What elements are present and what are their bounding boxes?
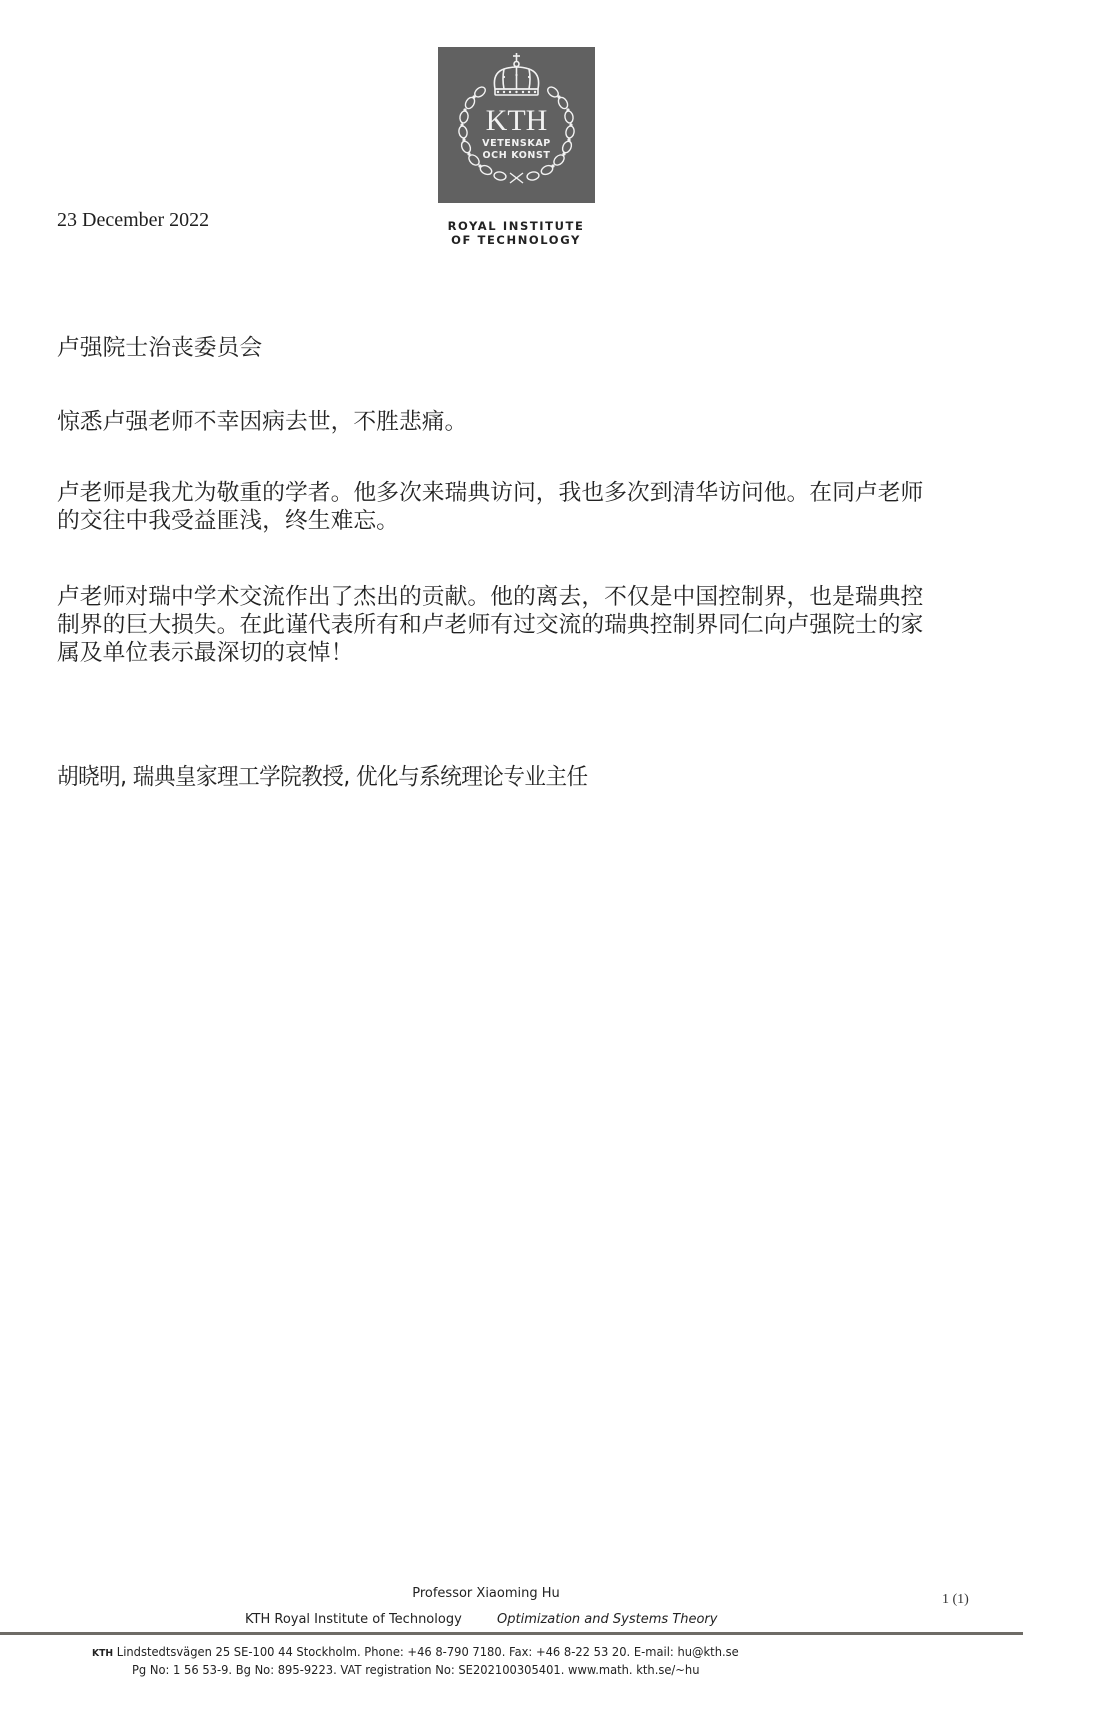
logo-caption-line1: ROYAL INSTITUTE xyxy=(436,219,596,233)
paragraph-line: 卢老师是我尤为敬重的学者。他多次来瑞典访问，我也多次到清华访问他。在同卢老师 xyxy=(57,479,923,507)
footer-address-line2: Pg No: 1 56 53-9. Bg No: 895-9223. VAT r… xyxy=(132,1662,700,1677)
footer-divider xyxy=(0,1632,1023,1635)
footer-address-line1: KTH Lindstedtsvägen 25 SE-100 44 Stockho… xyxy=(92,1644,739,1659)
paragraph-line: 的交往中我受益匪浅，终生难忘。 xyxy=(57,507,923,535)
paragraph-line: 惊悉卢强老师不幸因病去世，不胜悲痛。 xyxy=(57,408,467,436)
footer-name: Professor Xiaoming Hu xyxy=(0,1586,972,1601)
letter-recipient: 卢强院士治丧委员会 xyxy=(57,334,262,362)
footer-department: Optimization and Systems Theory xyxy=(497,1612,717,1627)
kth-logo: KTH VETENSKAP OCH KONST xyxy=(438,47,595,203)
paragraph-1: 惊悉卢强老师不幸因病去世，不胜悲痛。 xyxy=(57,408,467,436)
logo-caption: ROYAL INSTITUTE OF TECHNOLOGY xyxy=(436,219,596,247)
letter-date: 23 December 2022 xyxy=(57,209,209,232)
signature: 胡晓明, 瑞典皇家理工学院教授, 优化与系统理论专业主任 xyxy=(57,758,588,791)
footer-kth-prefix: KTH xyxy=(92,1648,113,1659)
svg-text:KTH: KTH xyxy=(486,104,548,137)
page-number: 1 (1) xyxy=(942,1592,969,1608)
footer-address: Lindstedtsvägen 25 SE-100 44 Stockholm. … xyxy=(117,1644,739,1659)
paragraph-2: 卢老师是我尤为敬重的学者。他多次来瑞典访问，我也多次到清华访问他。在同卢老师 的… xyxy=(57,479,923,535)
footer-organization: KTH Royal Institute of Technology xyxy=(245,1612,462,1627)
paragraph-line: 制界的巨大损失。在此谨代表所有和卢老师有过交流的瑞典控制界同仁向卢强院士的家 xyxy=(57,611,923,639)
svg-text:VETENSKAP: VETENSKAP xyxy=(482,138,551,149)
crown-wreath-icon: KTH VETENSKAP OCH KONST xyxy=(438,47,595,203)
paragraph-line: 卢老师对瑞中学术交流作出了杰出的贡献。他的离去，不仅是中国控制界，也是瑞典控 xyxy=(57,583,923,611)
paragraph-3: 卢老师对瑞中学术交流作出了杰出的贡献。他的离去，不仅是中国控制界，也是瑞典控 制… xyxy=(57,583,923,667)
svg-text:OCH KONST: OCH KONST xyxy=(483,150,551,161)
logo-caption-line2: OF TECHNOLOGY xyxy=(436,233,596,247)
paragraph-line: 属及单位表示最深切的哀悼！ xyxy=(57,639,923,667)
